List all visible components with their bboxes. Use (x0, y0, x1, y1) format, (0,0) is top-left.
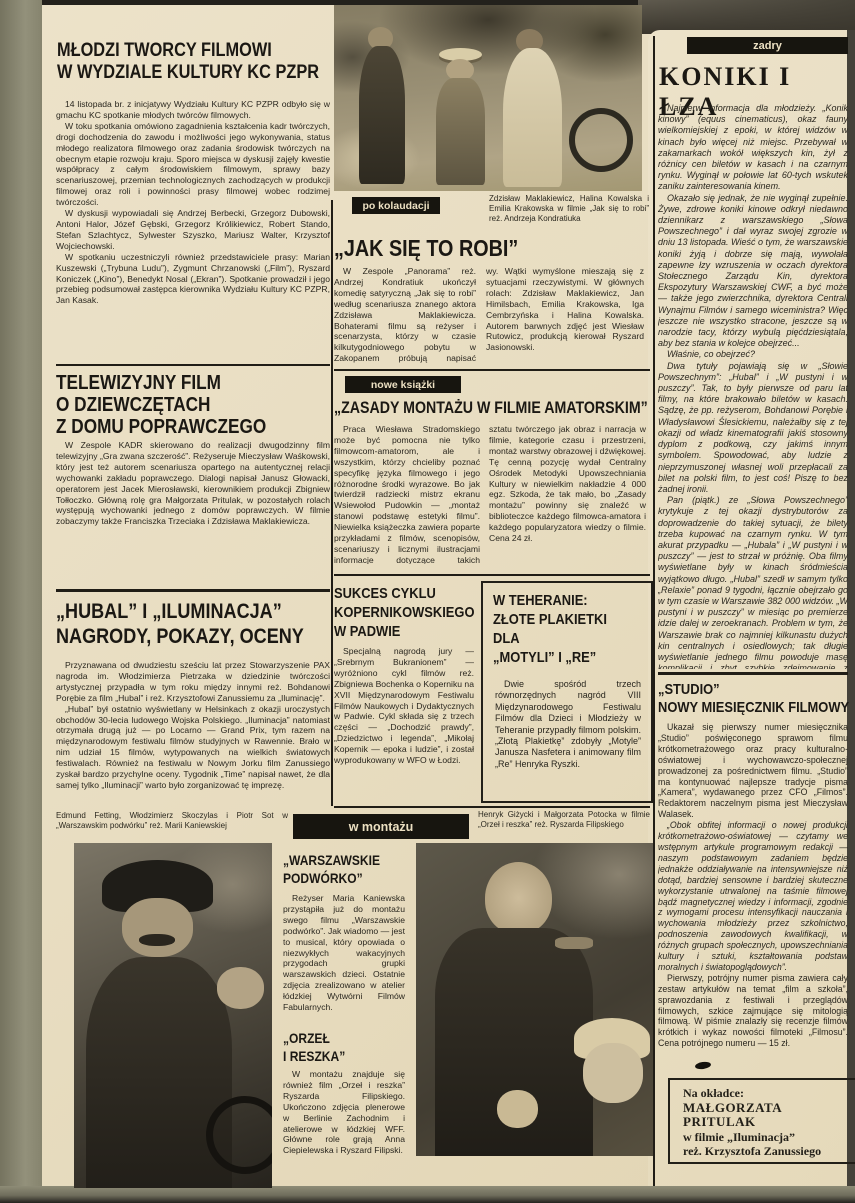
top-right-photo-fragment (638, 0, 855, 34)
article-title-teheran: W TEHERANIE: ZŁOTE PLAKIETKI DLA „MOTYLI… (493, 591, 651, 667)
warszawskie-body: Reżyser Maria Kaniewska przystąpiła już … (283, 893, 405, 1015)
divider (56, 364, 330, 366)
title-line: ZŁOTE PLAKIETKI (493, 611, 607, 628)
magazine-page: MŁODZI TWORCY FILMOWI W WYDZIALE KULTURY… (0, 0, 855, 1203)
article-title-hubal: „HUBAL” I „ILUMINACJA” NAGRODY, POKAZY, … (56, 599, 344, 649)
scan-bottom-edge (0, 1186, 855, 1203)
paragraph: „Hubal” był ostatnio wyświetlany w Helsi… (56, 704, 330, 791)
paragraph: W toku spotkania omówiono zagadnienia ks… (56, 121, 330, 208)
scan-left-edge (0, 0, 42, 1203)
paragraph: Dwa tytuły pojawiają się w „Słowie Powsz… (658, 361, 848, 495)
cover-line: reż. Krzysztofa Zanussiego (683, 1144, 855, 1159)
column-rule (653, 36, 655, 1186)
sukces-body: Specjalną nagrodą jury — „Srebrnym Bukra… (334, 646, 474, 804)
title-line: „JAK SIĘ TO ROBI” (334, 235, 518, 261)
paragraph: sztatu twórczego jak obraz i narracja w … (489, 424, 646, 544)
fur-coat-shape (503, 48, 562, 188)
cover-credit-box: Na okładce: MAŁGORZATA PRITULAK w filmie… (668, 1078, 855, 1164)
title-line: W PADWIE (334, 623, 400, 640)
orzel-body: W montażu znajduje się również film „Orz… (283, 1069, 405, 1165)
paragraph: Praca Wiesława Stradomskiego może być po… (334, 424, 480, 564)
title-line: MŁODZI TWORCY FILMOWI (57, 40, 272, 61)
paragraph: Okazało się jednak, że nie wyginął zupeł… (658, 193, 848, 350)
paragraph: Pan (piątk.) ze „Słowa Powszechnego” kry… (658, 495, 848, 669)
paragraph: W Zespole KADR skierowano do realizacji … (56, 440, 330, 527)
title-line: „STUDIO” (658, 681, 720, 698)
divider (334, 574, 650, 576)
section-label-zadry: zadry (687, 37, 848, 54)
title-line: „ORZEŁ (283, 1030, 330, 1046)
title-line: „MOTYLI” I „RE” (493, 649, 596, 666)
title-line: I RESZKA” (283, 1048, 345, 1064)
paragraph: „Obok obfitej informacji o nowej produkc… (658, 820, 848, 973)
paragraph: 14 listopada br. z inicjatywy Wydziału K… (56, 99, 330, 121)
title-line: SUKCES CYKLU (334, 585, 436, 602)
paragraph: Specjalną nagrodą jury — „Srebrnym Bukra… (334, 646, 474, 766)
scan-right-edge (847, 30, 855, 1188)
article-title-telewizyjny: TELEWIZYJNY FILM O DZIEWCZĘTACH Z DOMU P… (56, 372, 300, 438)
wheel-shape (569, 108, 633, 172)
caption-warszawskie-still: Edmund Fetting, Włodzimierz Skoczylas i … (56, 811, 288, 835)
photo-warszawskie-podworko (74, 843, 272, 1188)
teheran-box: W TEHERANIE: ZŁOTE PLAKIETKI DLA „MOTYLI… (481, 581, 653, 803)
paragraph: W montażu znajduje się również film „Orz… (283, 1069, 405, 1156)
paragraph: Reżyser Maria Kaniewska przystąpiła już … (283, 893, 405, 1013)
paragraph: Najpierw informacja dla młodzieży. „Koni… (658, 103, 848, 193)
divider (658, 672, 848, 675)
title-line: O DZIEWCZĘTACH (56, 394, 210, 416)
paragraph: Właśnie, co obejrzeć? (658, 349, 848, 360)
section-label-nowe-ksiazki: nowe książki (345, 376, 461, 393)
cover-line: PRITULAK (683, 1115, 855, 1130)
paragraph: W Zespole „Panorama” reż. Andrzej Kondra… (334, 266, 476, 364)
photo-orzel-i-reszka (416, 843, 655, 1156)
title-line: Z DOMU POPRAWCZEGO (56, 416, 266, 438)
cover-line: w filmie „Iluminacja” (683, 1130, 855, 1145)
article-title-mlodzi: MŁODZI TWORCY FILMOWI W WYDZIALE KULTURY… (57, 40, 362, 83)
books-col2: sztatu twórczego jak obraz i narracja w … (489, 424, 646, 564)
jak-col2: wy. Wątki wymyślone mieszają się z sytua… (486, 266, 644, 364)
article-body-telewizyjny: W Zespole KADR skierowano do realizacji … (56, 440, 330, 562)
actor-body-shape (359, 46, 405, 184)
title-line: „ZASADY MONTAŻU W FILMIE AMATORSKIM” (334, 399, 648, 417)
face-shape (122, 898, 193, 957)
title-line: DLA (493, 630, 520, 647)
teheran-body: Dwie spośród trzech równorzędnych nagród… (495, 679, 641, 779)
section-label-po-kolaudacji: po kolaudacji (352, 197, 440, 214)
photo-jak-sie-to-robi (334, 5, 642, 191)
title-line: „HUBAL” I „ILUMINACJA” (56, 600, 282, 623)
divider (56, 589, 330, 592)
article-title-jak: „JAK SIĘ TO ROBI” (334, 235, 548, 262)
hand-shape (497, 1090, 538, 1128)
cover-line: MAŁGORZATA (683, 1101, 855, 1116)
article-body-hubal: Przyznawana od dwudziestu sześciu lat pr… (56, 660, 330, 803)
title-line: KOPERNIKOWSKIEGO (334, 604, 474, 621)
child-face-shape (217, 967, 265, 1008)
paragraph: wy. Wątki wymyślone mieszają się z sytua… (486, 266, 644, 353)
title-line: PODWÓRKO” (283, 870, 363, 886)
article-title-warszawskie: „WARSZAWSKIE PODWÓRKO” (283, 851, 396, 887)
paragraph: Przyznawana od dwudziestu sześciu lat pr… (56, 660, 330, 704)
woman-face-shape (583, 1043, 643, 1102)
caption-jak-sie-to-robi: Zdzisław Maklakiewicz, Halina Kowalska i… (489, 194, 649, 236)
jak-col1: W Zespole „Panorama” reż. Andrzej Kondra… (334, 266, 476, 364)
title-line: W TEHERANIE: (493, 592, 588, 609)
title-line: „WARSZAWSKIE (283, 852, 380, 868)
paragraph: W spotkaniu uczestniczyli również przeds… (56, 252, 330, 307)
books-col1: Praca Wiesława Stradomskiego może być po… (334, 424, 480, 564)
article-title-zasady: „ZASADY MONTAŻU W FILMIE AMATORSKIM” (334, 399, 699, 418)
divider (334, 806, 650, 808)
article-body-mlodzi: 14 listopada br. z inicjatywy Wydziału K… (56, 99, 330, 362)
studio-body: Ukazał się pierwszy numer miesięcznika „… (658, 722, 848, 1058)
title-line: NAGRODY, POKAZY, OCENY (56, 625, 304, 648)
title-line: TELEWIZYJNY FILM (56, 372, 221, 394)
paragraph: Ukazał się pierwszy numer miesięcznika „… (658, 722, 848, 820)
article-title-studio: „STUDIO” NOWY MIESIĘCZNIK FILMOWY (658, 681, 855, 717)
paragraph: W dyskusji wypowiadali się Andrzej Berbe… (56, 208, 330, 252)
paragraph: Dwie spośród trzech równorzędnych nagród… (495, 679, 641, 770)
cover-line: Na okładce: (683, 1086, 855, 1101)
actress-body-shape (436, 78, 485, 186)
divider (334, 369, 650, 371)
article-title-sukces: SUKCES CYKLU KOPERNIKOWSKIEGO W PADWIE (334, 584, 497, 641)
article-title-orzel: „ORZEŁ I RESZKA” (283, 1029, 355, 1065)
epaulette-shape (555, 937, 593, 950)
column-rule (331, 200, 333, 806)
title-line: W WYDZIALE KULTURY KC PZPR (57, 62, 319, 83)
section-label-w-montazu: w montażu (293, 814, 469, 839)
paragraph: Pierwszy, potrójny numer pisma zawiera c… (658, 973, 848, 1049)
koniki-body: Najpierw informacja dla młodzieży. „Koni… (658, 103, 848, 669)
officer-head-shape (485, 862, 552, 934)
title-line: NOWY MIESIĘCZNIK FILMOWY (658, 699, 849, 716)
caption-orzel-still: Henryk Giżycki i Małgorzata Potocka w fi… (478, 810, 650, 842)
